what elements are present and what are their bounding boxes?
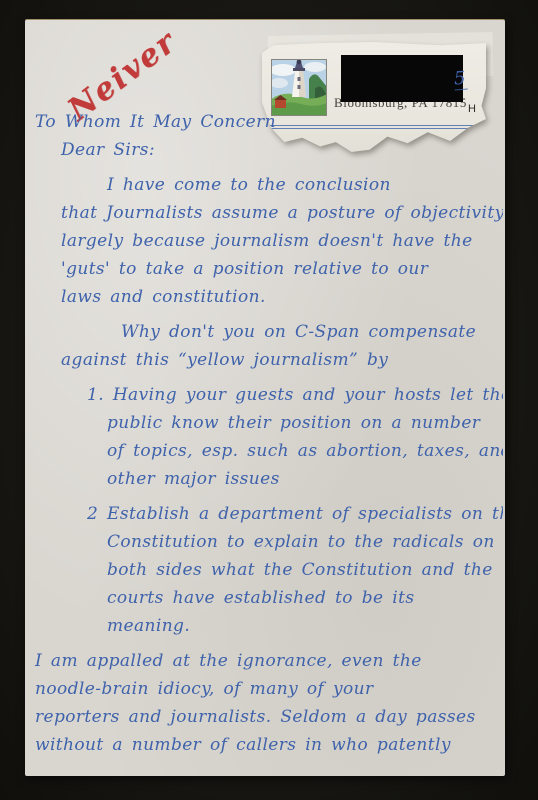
letter-body: To Whom It May ConcernDear Sirs:I have c… <box>25 108 503 772</box>
letter-line: other major issues <box>107 465 497 493</box>
letter-line: that Journalists assume a posture of obj… <box>61 199 497 227</box>
letter-line: 2 Establish a department of specialists … <box>87 500 497 528</box>
letter-line: public know their position on a number <box>107 409 497 437</box>
letter-line: noodle-brain idiocy, of many of your <box>35 675 497 703</box>
letter-line: against this “yellow journalism” by <box>61 346 497 374</box>
letter-line: 1. Having your guests and your hosts let… <box>87 381 497 409</box>
letter-line: laws and constitution. <box>61 283 497 311</box>
letter-line: largely because journalism doesn't have … <box>61 227 497 255</box>
letter-line: of topics, esp. such as abortion, taxes,… <box>107 437 497 465</box>
letter-line: 'guts' to take a position relative to ou… <box>61 255 497 283</box>
letter-line: without a number of callers in who paten… <box>35 731 497 759</box>
letter-line: reporters and journalists. Seldom a day … <box>35 703 497 731</box>
letter-line: I have come to the conclusion <box>107 171 497 199</box>
letter-line: Constitution to explain to the radicals … <box>107 528 497 556</box>
letter-line: I am appalled at the ignorance, even the <box>35 647 497 675</box>
letter-line: To Whom It May Concern <box>35 108 497 136</box>
redaction-box <box>341 55 463 102</box>
letter-line: courts have established to be its <box>107 584 497 612</box>
scanned-letter-photo: Neiver <box>0 0 538 800</box>
handwritten-number: 5 <box>453 68 468 91</box>
letter-paper: Neiver <box>25 20 505 776</box>
letter-line: both sides what the Constitution and the <box>107 556 497 584</box>
letter-line: meaning. <box>107 612 497 640</box>
letter-line: Dear Sirs: <box>61 136 497 164</box>
letter-line: Why don't you on C-Span compensate <box>121 318 497 346</box>
